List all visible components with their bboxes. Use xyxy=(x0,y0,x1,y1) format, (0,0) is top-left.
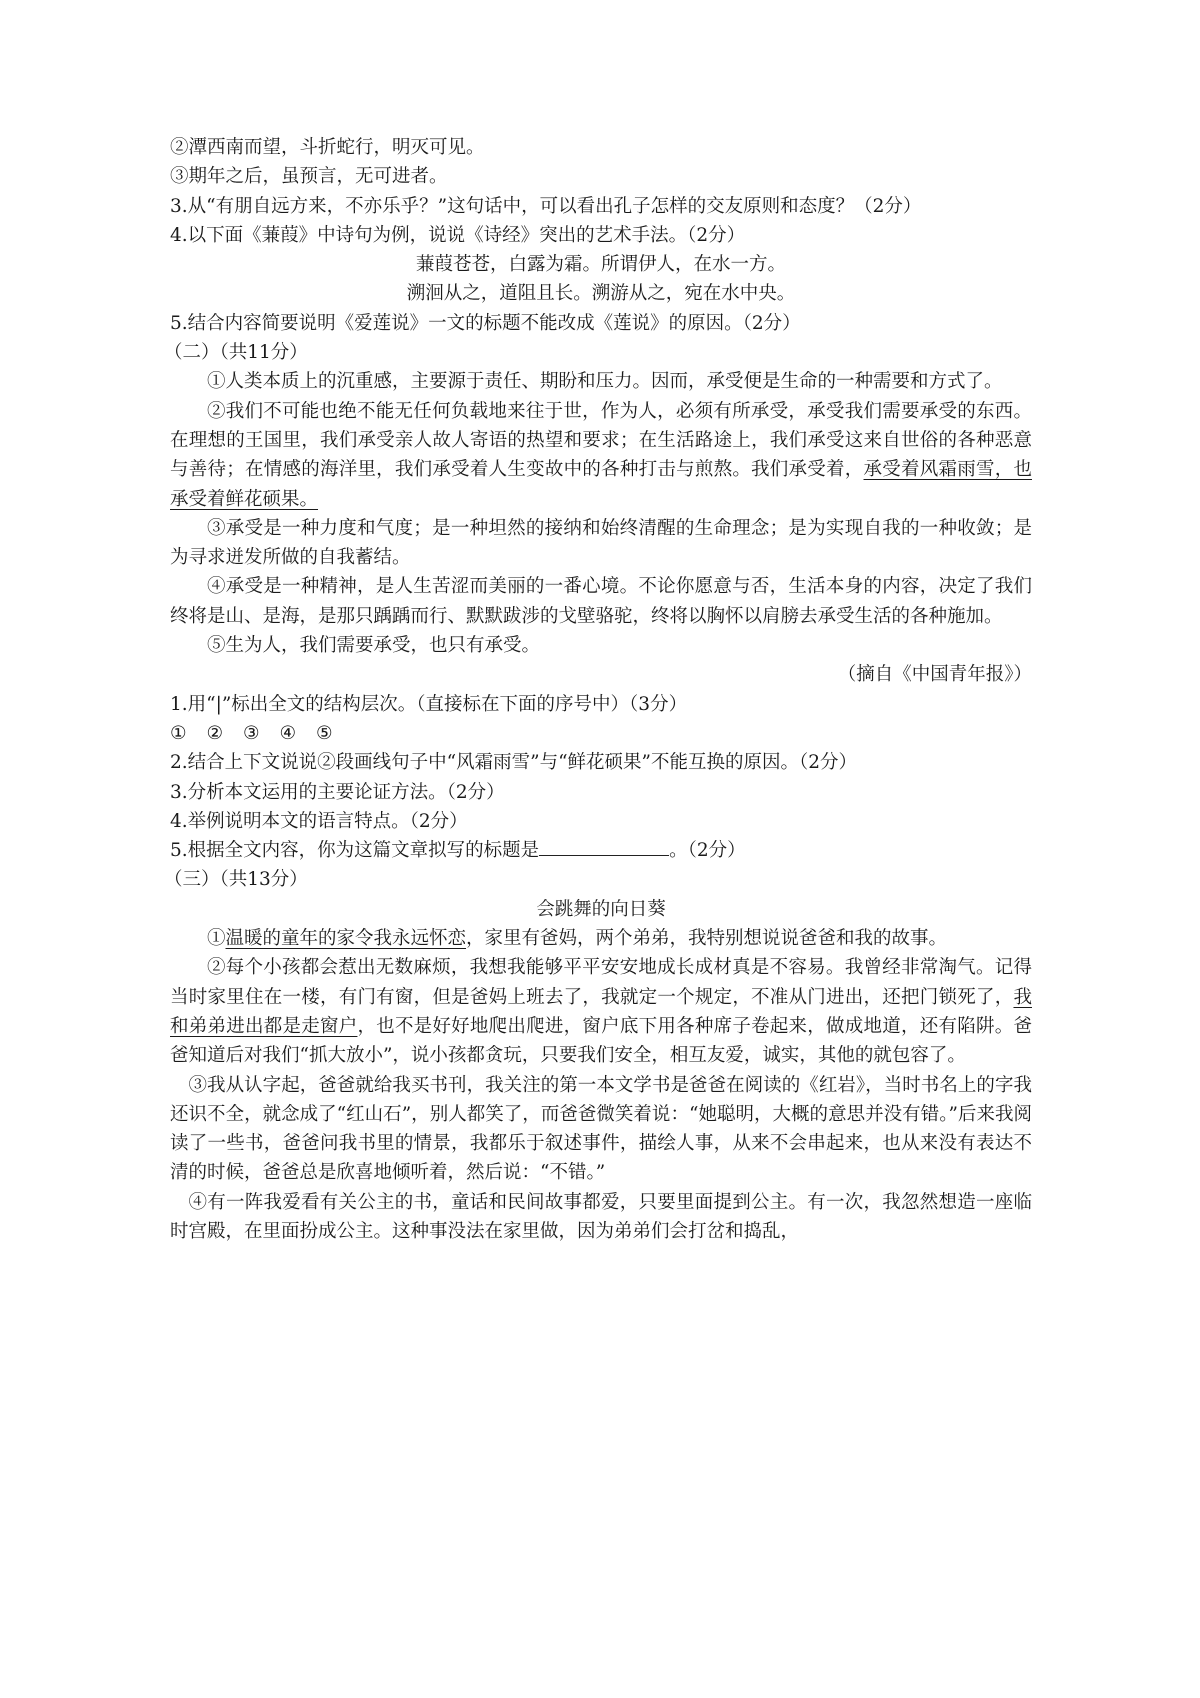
underlined-phrase-1: 温暖的童年的家令我永远怀恋 xyxy=(226,928,467,949)
question-5: 5.结合内容简要说明《爱莲说》一文的标题不能改成《莲说》的原因。（2分） xyxy=(170,309,1032,338)
p1-mark: ① xyxy=(207,928,226,949)
section-3-paragraph-3: ③我从认字起，爸爸就给我买书刊，我关注的第一本文学书是爸爸在阅读的《红岩》，当时… xyxy=(170,1071,1032,1188)
s2-question-4: 4.举例说明本文的语言特点。（2分） xyxy=(170,807,1032,836)
p1-rest: ，家里有爸妈，两个弟弟，我特别想说说爸爸和我的故事。 xyxy=(466,928,947,949)
section-2-paragraph-1: ①人类本质上的沉重感，主要源于责任、期盼和压力。因而，承受便是生命的一种需要和方… xyxy=(170,367,1032,396)
s2-question-1: 1.用“|”标出全文的结构层次。（直接标在下面的序号中）（3分） xyxy=(170,690,1032,719)
q5-suffix: 。（2分） xyxy=(669,840,746,861)
section-3-paragraph-2: ②每个小孩都会惹出无数麻烦，我想我能够平平安安地成长成材真是不容易。我曾经非常淘… xyxy=(170,953,1032,1070)
p2-part-a: ②每个小孩都会惹出无数麻烦，我想我能够平平安安地成长成材真是不容易。我曾经非常淘… xyxy=(170,957,1032,1007)
seq-2[interactable]: ② xyxy=(206,723,223,744)
section-2-heading: （二）（共11分） xyxy=(164,338,1032,367)
s2-question-3: 3.分析本文运用的主要论证方法。（2分） xyxy=(170,778,1032,807)
title-answer-blank[interactable] xyxy=(539,837,669,856)
seq-3[interactable]: ③ xyxy=(243,723,260,744)
question-4: 4.以下面《蒹葭》中诗句为例，说说《诗经》突出的艺术手法。（2分） xyxy=(170,221,1032,250)
poem-line-2: 溯洄从之，道阻且长。溯游从之，宛在水中央。 xyxy=(170,279,1032,308)
poem-line-1: 蒹葭苍苍，白露为霜。所谓伊人，在水一方。 xyxy=(170,250,1032,279)
section-2-paragraph-4: ④承受是一种精神，是人生苦涩而美丽的一番心境。不论你愿意与否，生活本身的内容，决… xyxy=(170,572,1032,631)
q5-prefix: 5.根据全文内容，你为这篇文章拟写的标题是 xyxy=(170,840,539,861)
section-2-paragraph-3: ③承受是一种力度和气度；是一种坦然的接纳和始终清醒的生命理念；是为实现自我的一种… xyxy=(170,514,1032,573)
seq-4[interactable]: ④ xyxy=(279,723,296,744)
s2-question-5: 5.根据全文内容，你为这篇文章拟写的标题是。（2分） xyxy=(170,836,1032,865)
seq-1[interactable]: ① xyxy=(170,723,187,744)
seq-5[interactable]: ⑤ xyxy=(316,723,333,744)
source-citation: （摘自《中国青年报》） xyxy=(170,660,1032,689)
section-3-paragraph-1: ①温暖的童年的家令我永远怀恋，家里有爸妈，两个弟弟，我特别想说说爸爸和我的故事。 xyxy=(170,924,1032,953)
section-3-heading: （三）（共13分） xyxy=(164,865,1032,894)
question-3: 3.从“有朋自远方来，不亦乐乎？”这句话中，可以看出孔子怎样的交友原则和态度？（… xyxy=(170,192,1032,221)
answer-item-2: ②潭西南而望，斗折蛇行，明灭可见。 xyxy=(170,133,1032,162)
section-2-paragraph-5: ⑤生为人，我们需要承受，也只有承受。 xyxy=(170,631,1032,660)
answer-item-3: ③期年之后，虽预言，无可进者。 xyxy=(170,162,1032,191)
section-3-paragraph-4: ④有一阵我爱看有关公主的书，童话和民间故事都爱，只要里面提到公主。有一次，我忽然… xyxy=(170,1188,1032,1247)
article-title: 会跳舞的向日葵 xyxy=(170,895,1032,924)
section-2-paragraph-2: ②我们不可能也绝不能无任何负载地来往于世，作为人，必须有所承受，承受我们需要承受… xyxy=(170,397,1032,514)
structure-sequence: ① ② ③ ④ ⑤ xyxy=(170,719,1032,748)
document-page: ②潭西南而望，斗折蛇行，明灭可见。 ③期年之后，虽预言，无可进者。 3.从“有朋… xyxy=(170,133,1032,1246)
s2-question-2: 2.结合上下文说说②段画线句子中“风霜雨雪”与“鲜花硕果”不能互换的原因。（2分… xyxy=(170,748,1032,777)
